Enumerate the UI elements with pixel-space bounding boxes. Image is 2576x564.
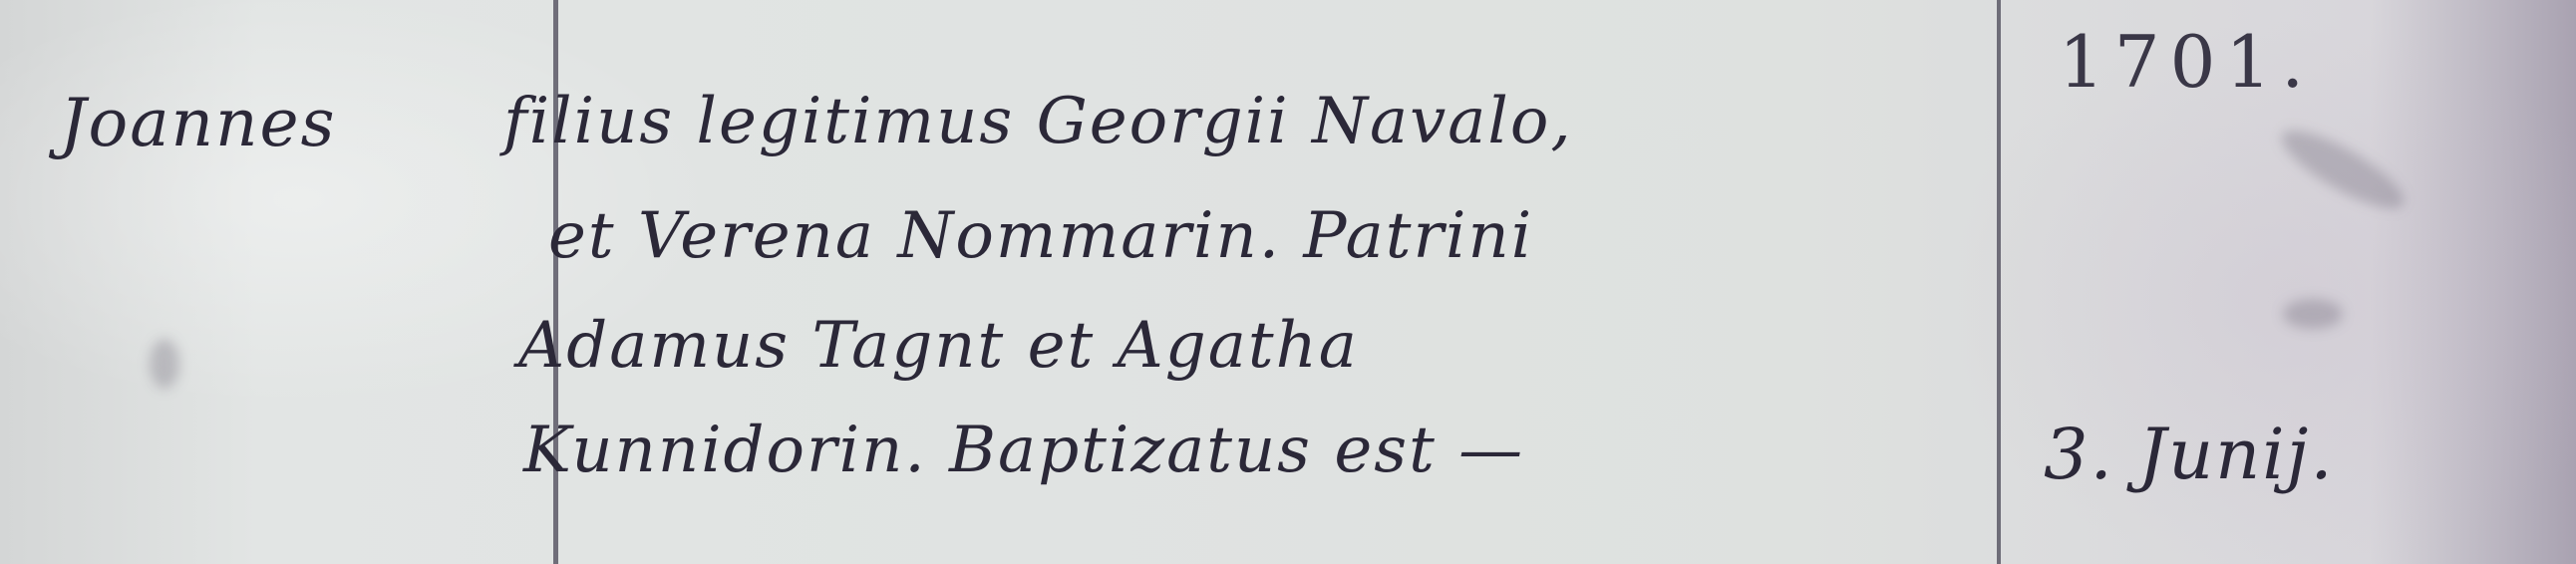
ink-smudge xyxy=(2283,299,2343,329)
column-rule-right xyxy=(1997,0,2001,564)
year-label: 1701. xyxy=(2059,20,2314,104)
entry-line-2: et Verena Nommarin. Patrini xyxy=(548,199,1533,273)
register-page: Joannes filius legitimus Georgii Navalo,… xyxy=(0,0,2576,564)
ink-smudge xyxy=(150,339,179,389)
baptism-date: 3. Junij. xyxy=(2044,414,2335,495)
ink-smudge xyxy=(2272,118,2413,222)
entry-line-3: Adamus Tagnt et Agatha xyxy=(518,309,1359,383)
entry-line-1: filius legitimus Georgii Navalo, xyxy=(503,85,1573,158)
baptized-name: Joannes xyxy=(60,85,336,161)
entry-line-4: Kunnidorin. Baptizatus est — xyxy=(523,414,1524,487)
